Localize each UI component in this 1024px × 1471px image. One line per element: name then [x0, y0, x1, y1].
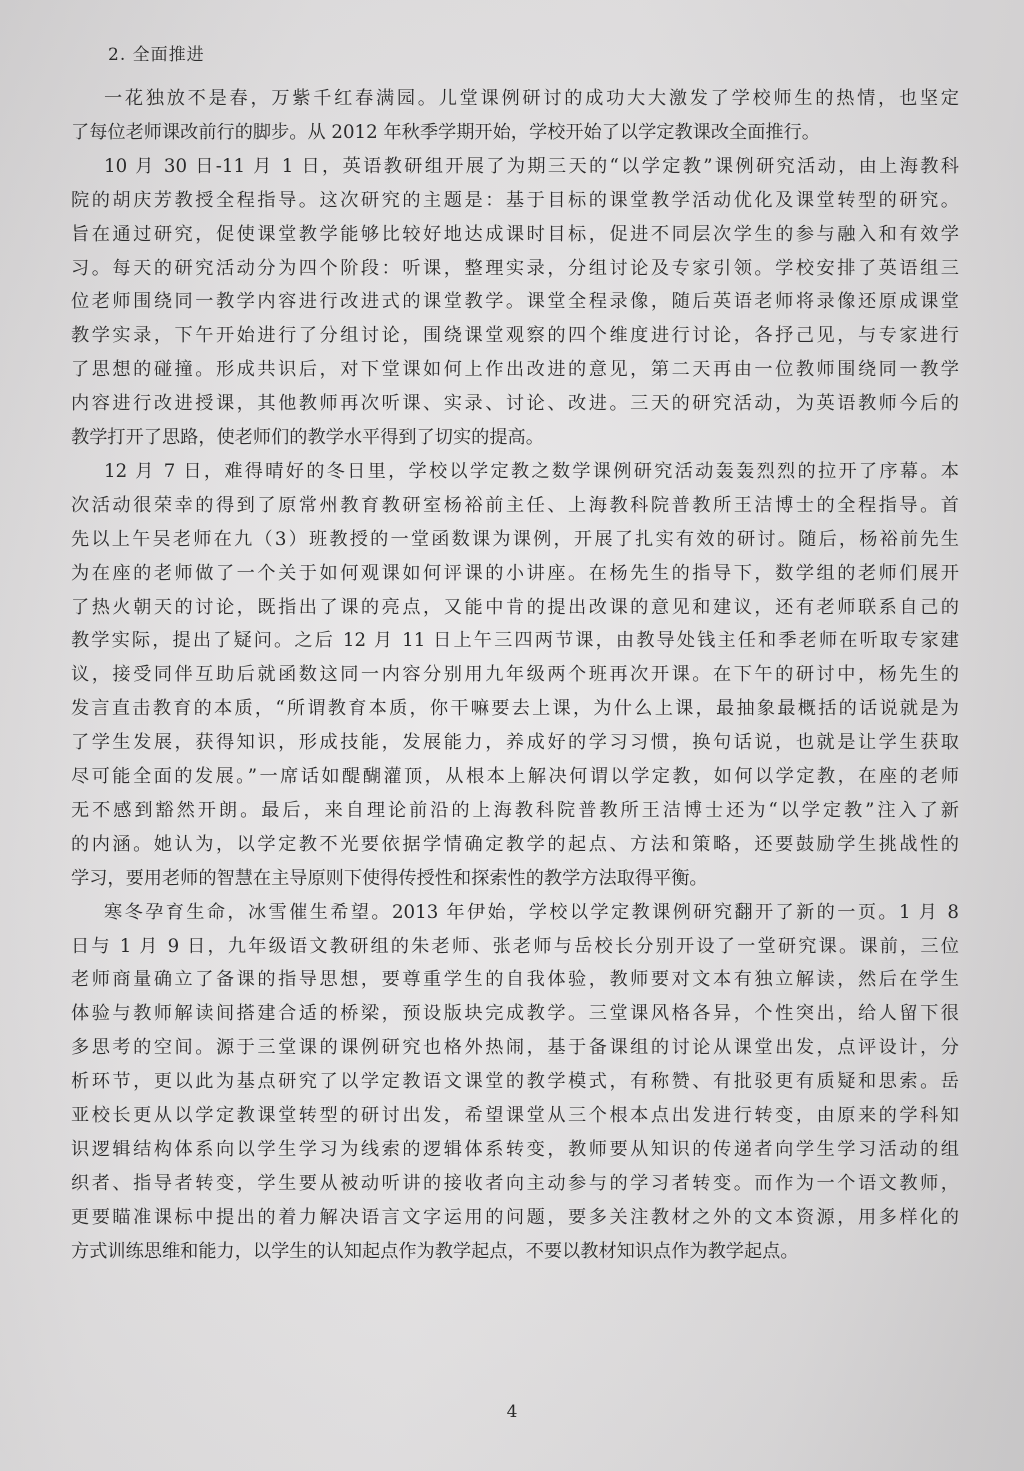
paragraph-2-line: 了思想的碰撞。形成共识后，对下堂课如何上作出改进的意见，第二天再由一位教师围绕同…: [71, 355, 959, 385]
paragraph-4-line: 识逻辑结构体系向以学生学习为线索的逻辑体系转变，教师要从知识的传递者向学生学习活…: [71, 1135, 959, 1165]
paragraph-4-line: 多思考的空间。源于三堂课的课例研究也格外热闹，基于备课组的讨论从课堂出发，点评设…: [71, 1033, 959, 1063]
paragraph-2-line: 10 月 30 日-11 月 1 日，英语教研组开展了为期三天的“以学定教”课例…: [104, 152, 959, 182]
paragraph-2-line: 习。每天的研究活动分为四个阶段：听课，整理实录，分组讨论及专家引领。学校安排了英…: [71, 254, 959, 284]
paragraph-3-line: 学习，要用老师的智慧在主导原则下使得传授性和探索性的教学方法取得平衡。: [71, 864, 959, 894]
paragraph-4-line: 老师商量确立了备课的指导思想，要尊重学生的自我体验，教师要对文本有独立解读，然后…: [71, 965, 959, 995]
paragraph-3-line: 12 月 7 日，难得晴好的冬日里，学校以学定教之数学课例研究活动轰轰烈烈的拉开…: [104, 457, 959, 487]
paragraph-2-line: 内容进行改进授课，其他教师再次听课、实录、讨论、改进。三天的研究活动，为英语教师…: [71, 389, 959, 419]
paragraph-3-line: 了热火朝天的讨论，既指出了课的亮点，又能中肯的提出改课的意见和建议，还有老师联系…: [71, 593, 959, 623]
paragraph-3-line: 的内涵。她认为，以学定教不光要依据学情确定教学的起点、方法和策略，还要鼓励学生挑…: [71, 830, 959, 860]
paragraph-3-line: 次活动很荣幸的得到了原常州教育教研室杨裕前主任、上海教科院普教所王洁博士的全程指…: [71, 491, 959, 521]
paragraph-4-line: 日与 1 月 9 日，九年级语文教研组的朱老师、张老师与岳校长分别开设了一堂研究…: [71, 932, 959, 962]
paragraph-4-line: 亚校长更从以学定教课堂转型的研讨出发，希望课堂从三个根本点出发进行转变，由原来的…: [71, 1101, 959, 1131]
paragraph-4-line: 更要瞄准课标中提出的着力解决语言文字运用的问题，要多关注教材之外的文本资源，用多…: [71, 1203, 959, 1233]
paragraph-3-line: 为在座的老师做了一个关于如何观课如何评课的小讲座。在杨先生的指导下，数学组的老师…: [71, 559, 959, 589]
paragraph-1-line: 了每位老师课改前行的脚步。从 2012 年秋季学期开始，学校开始了以学定教课改全…: [71, 118, 959, 148]
paragraph-2-line: 位老师围绕同一教学内容进行改进式的课堂教学。课堂全程录像，随后英语老师将录像还原…: [71, 287, 959, 317]
paragraph-3-line: 先以上午吴老师在九（3）班教授的一堂函数课为课例，开展了扎实有效的研讨。随后，杨…: [71, 525, 959, 555]
paragraph-4-line: 方式训练思维和能力，以学生的认知起点作为教学起点，不要以教材知识点作为教学起点。: [71, 1237, 959, 1267]
paragraph-2-line: 教学打开了思路，使老师们的教学水平得到了切实的提高。: [71, 423, 959, 453]
paragraph-2-line: 教学实录，下午开始进行了分组讨论，围绕课堂观察的四个维度进行讨论，各抒己见，与专…: [71, 321, 959, 351]
paragraph-3-line: 无不感到豁然开朗。最后，来自理论前沿的上海教科院普教所王洁博士还为“以学定教”注…: [71, 796, 959, 826]
paragraph-3-line: 议，接受同伴互助后就函数这同一内容分别用九年级两个班再次开课。在下午的研讨中，杨…: [71, 660, 959, 690]
page-number: 4: [500, 1400, 524, 1424]
paragraph-3-line: 教学实际，提出了疑问。之后 12 月 11 日上午三四两节课，由教导处钱主任和季…: [71, 626, 959, 656]
paragraph-3-line: 发言直击教育的本质，“所谓教育本质，你干嘛要去上课，为什么上课，最抽象最概括的话…: [71, 694, 959, 724]
paragraph-4-line: 体验与教师解读间搭建合适的桥梁，预设版块完成教学。三堂课风格各异，个性突出，给人…: [71, 999, 959, 1029]
paragraph-4-line: 析环节，更以此为基点研究了以学定教语文课堂的教学模式，有称赞、有批驳更有质疑和思…: [71, 1067, 959, 1097]
paragraph-4-line: 寒冬孕育生命，冰雪催生希望。2013 年伊始，学校以学定教课例研究翻开了新的一页…: [104, 898, 959, 928]
paragraph-3-line: 尽可能全面的发展。”一席话如醍醐灌顶，从根本上解决何谓以学定教，如何以学定教，在…: [71, 762, 959, 792]
paragraph-3-line: 了学生发展，获得知识，形成技能，发展能力，养成好的学习习惯，换句话说，也就是让学…: [71, 728, 959, 758]
section-heading: 2. 全面推进: [108, 40, 205, 70]
paragraph-1-line: 一花独放不是春，万紫千红春满园。儿堂课例研讨的成功大大激发了学校师生的热情，也坚…: [104, 84, 959, 114]
paragraph-4-line: 织者、指导者转变，学生要从被动听讲的接收者向主动参与的学习者转变。而作为一个语文…: [71, 1169, 959, 1199]
paragraph-2-line: 旨在通过研究，促使课堂教学能够比较好地达成课时目标，促进不同层次学生的参与融入和…: [71, 220, 959, 250]
paragraph-2-line: 院的胡庆芳教授全程指导。这次研究的主题是：基于目标的课堂教学活动优化及课堂转型的…: [71, 186, 959, 216]
